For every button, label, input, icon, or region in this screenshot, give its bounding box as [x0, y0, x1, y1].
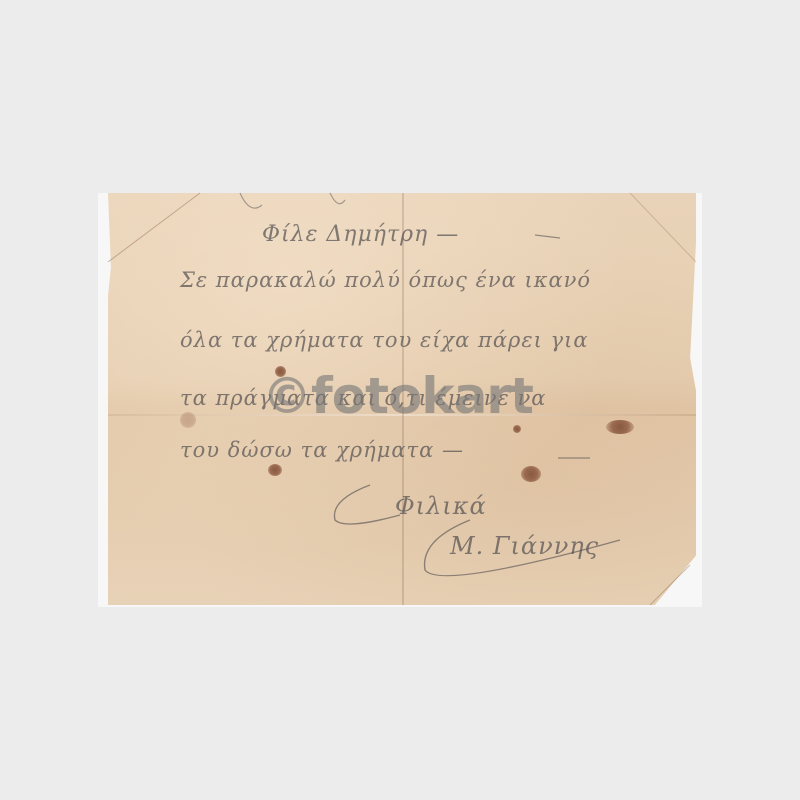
- watermark: ©fotokart: [262, 367, 533, 425]
- letter-line-1: Σε παρακαλώ πολύ όπως ένα ικανό: [180, 268, 591, 292]
- letter-line-4: του δώσω τα χρήματα —: [180, 438, 464, 462]
- letter-salutation: Φίλε Δημήτρη —: [262, 222, 459, 247]
- letter-closing: Φιλικά: [395, 492, 487, 520]
- ink-stain: [268, 464, 282, 476]
- letter-line-2: όλα τα χρήματα του είχα πάρει για: [180, 328, 589, 352]
- ink-stain: [606, 420, 634, 434]
- water-stain: [180, 412, 196, 428]
- ink-stain: [521, 466, 541, 482]
- ink-stain: [513, 425, 521, 433]
- letter-signature: Μ. Γιάννης: [450, 532, 599, 560]
